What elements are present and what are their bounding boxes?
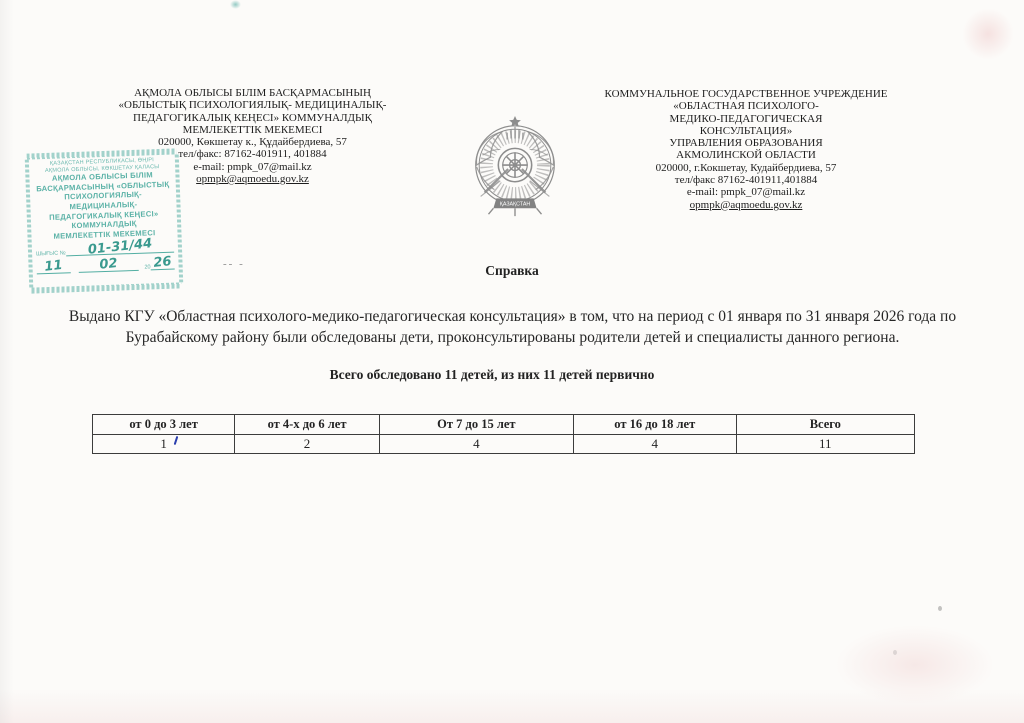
scan-smudge [962, 8, 1014, 60]
org-name-line: КОНСУЛЬТАЦИЯ» [585, 125, 907, 137]
org-email: e-mail: pmpk_07@mail.kz [585, 186, 907, 198]
column-header-age-16-18: от 16 до 18 лет [573, 415, 736, 435]
table-header-row: от 0 до 3 лет от 4-х до 6 лет От 7 до 15… [93, 415, 915, 435]
org-name-line: УПРАВЛЕНИЯ ОБРАЗОВАНИЯ [585, 137, 907, 149]
stamp-text: ҚАЗАҚСТАН РЕСПУБЛИКАСЫ, ӨҢІРІ АҚМОЛА ОБЛ… [31, 157, 177, 275]
value-age-7-15: 4 [379, 435, 573, 454]
value-age-16-18: 4 [573, 435, 736, 454]
org-name-line: МЕДИКО-ПЕДАГОГИЧЕСКАЯ [585, 113, 907, 125]
org-name-line: «ОБЛАСТНАЯ ПСИХОЛОГО- [585, 100, 907, 112]
scan-smudge [835, 625, 995, 705]
org-name-line: МЕМЛЕКЕТТІК МЕКЕМЕСІ [80, 124, 425, 136]
org-email-link: opmpk@aqmoedu.gov.kz [585, 199, 907, 211]
ink-smudge [230, 0, 241, 9]
value-total: 11 [736, 435, 914, 454]
stamp-ornament-border [31, 282, 181, 293]
org-name-line: АКМОЛИНСКОЙ ОБЛАСТИ [585, 149, 907, 161]
table-value-row: 1 2 4 4 11 [93, 435, 915, 454]
cell-value: 1 [160, 436, 167, 451]
scan-speck [893, 650, 897, 655]
handwritten-outgoing-number: 01-31/44 [87, 238, 152, 257]
org-name-line: АҚМОЛА ОБЛЫСЫ БІЛІМ БАСҚАРМАСЫНЫҢ [80, 87, 425, 99]
document-title: Справка [0, 263, 1024, 279]
column-header-age-0-3: от 0 до 3 лет [93, 415, 235, 435]
emblem-graphic: ҚАЗАҚСТАН [461, 112, 569, 224]
org-name-line: ПЕДАГОГИКАЛЫҚ КЕҢЕСІ» КОММУНАЛДЫҚ [80, 112, 425, 124]
pen-tick-mark [174, 436, 179, 445]
kazakhstan-coat-of-arms: ҚАЗАҚСТАН [461, 112, 569, 224]
document-body-paragraph: Выдано КГУ «Областная психолого-медико-п… [25, 306, 1000, 348]
document-summary: Всего обследовано 11 детей, из них 11 де… [0, 367, 984, 383]
org-address: 020000, г.Кокшетау, Кудайбердиева, 57 [585, 162, 907, 174]
scanned-document-page: АҚМОЛА ОБЛЫСЫ БІЛІМ БАСҚАРМАСЫНЫҢ «ОБЛЫС… [0, 0, 1024, 723]
org-address: 020000, Көкшетау к., Құдайбердиева, 57 [80, 136, 425, 148]
column-header-total: Всего [736, 415, 914, 435]
column-header-age-7-15: От 7 до 15 лет [379, 415, 573, 435]
org-phone: тел/факс 87162-401911,401884 [585, 174, 907, 186]
value-age-4-6: 2 [235, 435, 380, 454]
org-name-line: «ОБЛЫСТЫҚ ПСИХОЛОГИЯЛЫҚ- МЕДИЦИНАЛЫҚ- [80, 99, 425, 111]
age-statistics-table: от 0 до 3 лет от 4-х до 6 лет От 7 до 15… [92, 414, 915, 454]
scan-edge-tint [0, 0, 14, 723]
scan-speck [938, 606, 942, 611]
org-name-line: КОММУНАЛЬНОЕ ГОСУДАРСТВЕННОЕ УЧРЕЖДЕНИЕ [585, 88, 907, 100]
emblem-banner-text: ҚАЗАҚСТАН [500, 202, 531, 208]
letterhead-russian: КОММУНАЛЬНОЕ ГОСУДАРСТВЕННОЕ УЧРЕЖДЕНИЕ … [585, 88, 907, 211]
stamp-outgoing-label: ШЫҒЫС № [36, 251, 66, 258]
value-age-0-3: 1 [93, 435, 235, 454]
column-header-age-4-6: от 4-х до 6 лет [235, 415, 380, 435]
